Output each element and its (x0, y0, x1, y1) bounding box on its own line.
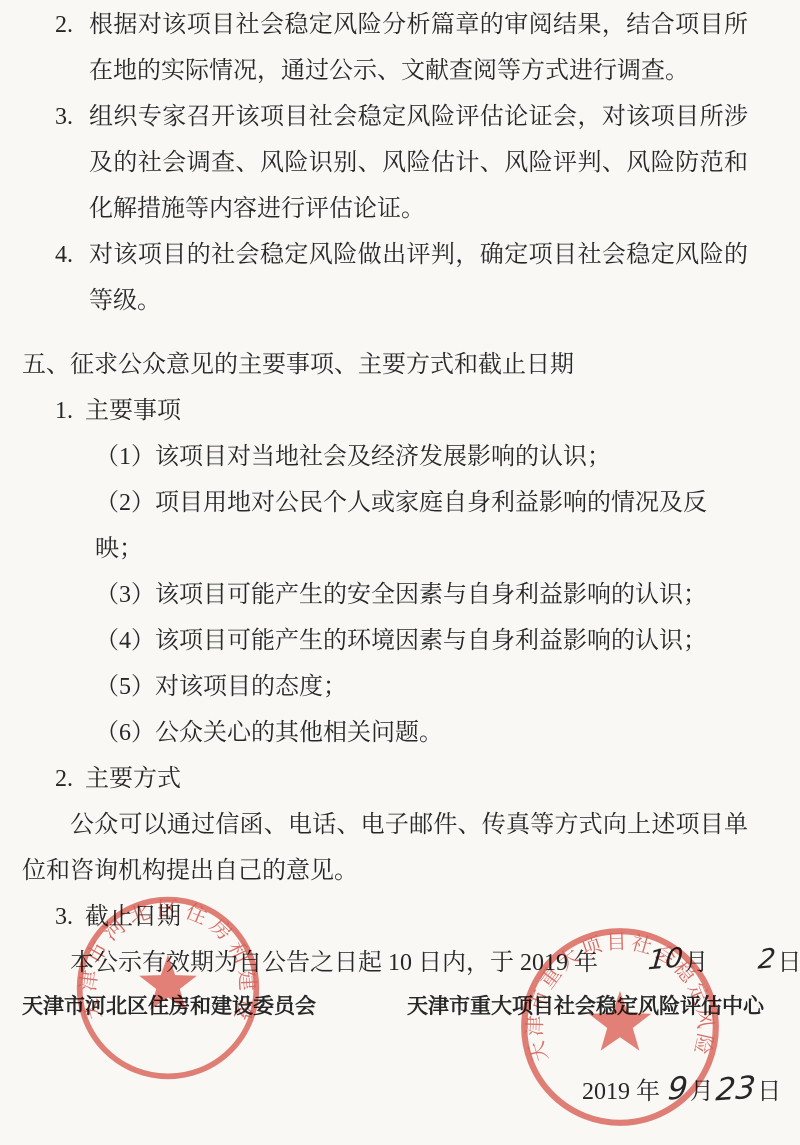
item-text: 组织专家召开该项目社会稳定风险评估论证会，对该项目所涉及的社会调查、风险识别、风… (89, 94, 748, 232)
sub-item-3: 3. 截止日期 (55, 894, 748, 940)
handwritten-date-month: 9 (665, 1073, 691, 1106)
section-heading: 五、征求公众意见的主要事项、主要方式和截止日期 (22, 342, 748, 388)
item-number: 3. (55, 94, 89, 232)
sub-item-title: 主要方式 (85, 756, 181, 802)
deadline-month-unit: 月 (684, 950, 708, 976)
point-2: （2）项目用地对公民个人或家庭自身利益影响的情况及反映； (95, 480, 748, 572)
date-month-unit: 月 (690, 1079, 714, 1105)
point-1: （1）该项目对当地社会及经济发展影响的认识； (95, 434, 748, 480)
date-year: 2019 年 (582, 1079, 660, 1105)
item-number: 4. (55, 232, 89, 324)
left-organization-name: 天津市河北区住房和建设委员会 (22, 992, 316, 1020)
numbered-item-4: 4. 对该项目的社会稳定风险做出评判，确定项目社会稳定风险的等级。 (55, 232, 748, 324)
point-4: （4）该项目可能产生的环境因素与自身利益影响的认识； (95, 618, 748, 664)
numbered-item-3: 3. 组织专家召开该项目社会稳定风险评估论证会，对该项目所涉及的社会调查、风险识… (55, 94, 748, 232)
handwritten-day: 2 (707, 945, 779, 978)
item-text: 对该项目的社会稳定风险做出评判，确定项目社会稳定风险的等级。 (89, 232, 748, 324)
document-body: 2. 根据对该项目社会稳定风险分析篇章的审阅结果，结合项目所在地的实际情况，通过… (0, 0, 800, 986)
right-organization-name: 天津市重大项目社会稳定风险评估中心 (407, 992, 764, 1020)
sub-item-title: 截止日期 (85, 894, 181, 940)
item-number: 2. (55, 2, 89, 94)
document-page: 2. 根据对该项目社会稳定风险分析篇章的审阅结果，结合项目所在地的实际情况，通过… (0, 0, 800, 1145)
numbered-item-2: 2. 根据对该项目社会稳定风险分析篇章的审阅结果，结合项目所在地的实际情况，通过… (55, 2, 748, 94)
deadline-prefix: 本公示有效期为自公告之日起 10 日内，于 2019 年 (70, 950, 598, 976)
sub-item-number: 3. (55, 894, 85, 940)
point-5: （5）对该项目的态度； (95, 664, 748, 710)
sub-item-number: 1. (55, 388, 85, 434)
handwritten-date-day: 23 (712, 1073, 758, 1107)
method-paragraph: 公众可以通过信函、电话、电子邮件、传真等方式向上述项目单位和咨询机构提出自己的意… (22, 802, 748, 894)
sub-item-1: 1. 主要事项 (55, 388, 748, 434)
point-6: （6）公众关心的其他相关问题。 (95, 710, 748, 756)
signature-date: 2019 年 9月23日 (582, 1072, 781, 1112)
item-text: 根据对该项目社会稳定风险分析篇章的审阅结果，结合项目所在地的实际情况，通过公示、… (89, 2, 748, 94)
point-3: （3）该项目可能产生的安全因素与自身利益影响的认识； (95, 572, 748, 618)
sub-item-2: 2. 主要方式 (55, 756, 748, 802)
handwritten-month: 10 (596, 944, 686, 978)
date-day-unit: 日 (757, 1079, 781, 1105)
sub-item-title: 主要事项 (85, 388, 181, 434)
sub-item-number: 2. (55, 756, 85, 802)
deadline-line: 本公示有效期为自公告之日起 10 日内，于 2019 年10月2日截止。 (22, 940, 748, 986)
deadline-suffix: 日截止。 (778, 950, 800, 976)
